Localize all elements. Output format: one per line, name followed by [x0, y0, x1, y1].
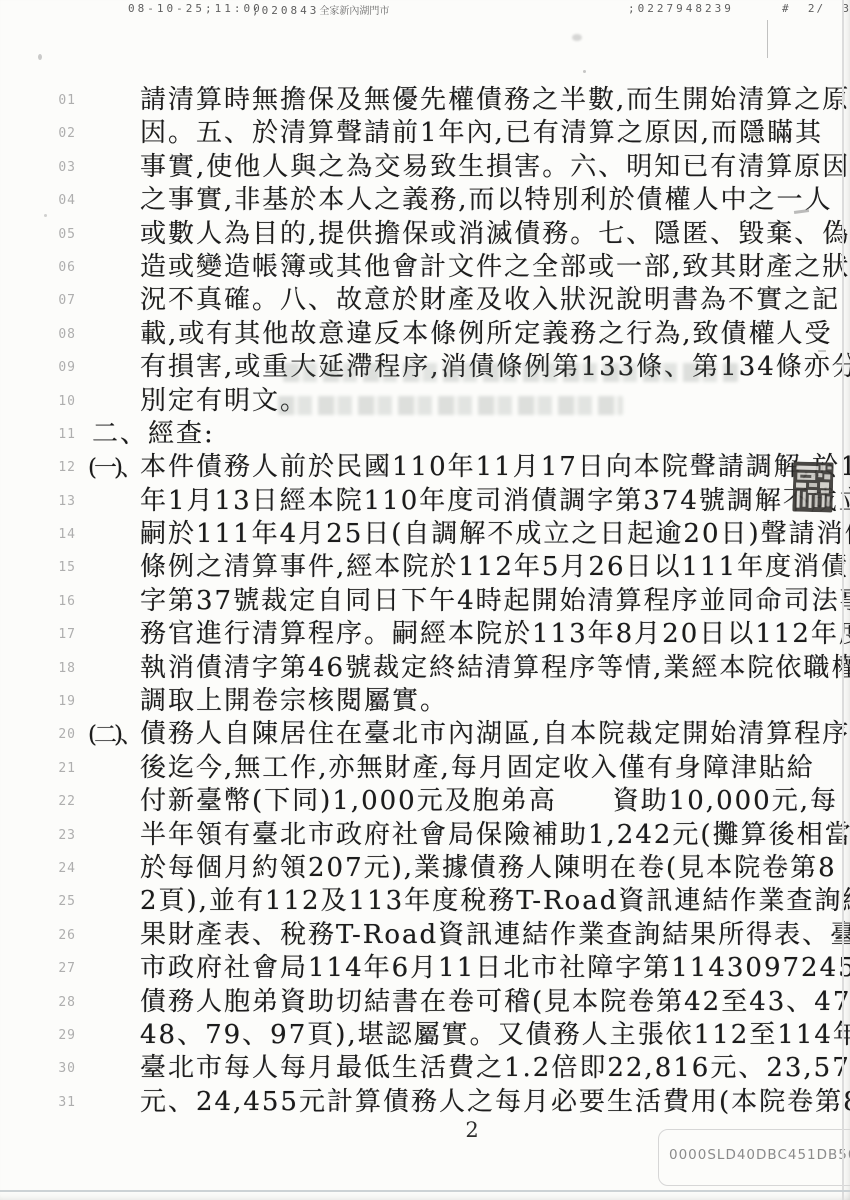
line-content: 字第37號裁定自同日下午4時起開始清算程序並同命司法事: [140, 586, 850, 616]
document-line: 16 字第37號裁定自同日下午4時起開始清算程序並同命司法事: [0, 585, 850, 618]
fax-sender-id: ;020843: [252, 4, 319, 17]
line-content: 況不真確。八、故意於財產及收入狀況說明書為不實之記: [140, 285, 840, 315]
document-line: 26 果財產表、稅務T-Road資訊連結作業查詢結果所得表、臺北: [0, 919, 850, 952]
document-line: 19 調取上開卷宗核閱屬實。: [0, 685, 850, 718]
scan-edge-line: [842, 0, 844, 1200]
document-line: 22 付新臺幣(下同)1,000元及胞弟高 資助10,000元,每: [0, 785, 850, 818]
line-text: 調取上開卷宗核閱屬實。: [140, 685, 850, 718]
line-text: 臺北市每人每月最低生活費之1.2倍即22,816元、23,579: [140, 1052, 850, 1085]
line-text: 於每個月約領207元),業據債務人陳明在卷(見本院卷第8: [140, 852, 850, 885]
line-text: 務官進行清算程序。嗣經本院於113年8月20日以112年度司: [140, 618, 850, 651]
line-content: 因。五、於清算聲請前1年內,已有清算之原因,而隱瞞其: [140, 118, 823, 148]
doc-code: 0000SLD40DBC451DB506: [669, 1147, 850, 1163]
document-line: 05 或數人為目的,提供擔保或消滅債務。七、隱匿、毀棄、偽: [0, 218, 850, 251]
line-text: 造或變造帳簿或其他會計文件之全部或一部,致其財產之狀: [140, 251, 850, 284]
line-content: 2頁),並有112及113年度稅務T-Road資訊連結作業查詢結: [140, 886, 850, 916]
line-text: 二、經查:: [92, 418, 850, 451]
line-content: 本件債務人前於民國110年11月17日向本院聲請調解,於111: [140, 452, 850, 482]
line-content: 嗣於111年4月25日(自調解不成立之日起逾20日)聲請消債: [140, 519, 850, 549]
line-text: 之事實,非基於本人之義務,而以特別利於債權人中之一人: [140, 184, 850, 217]
line-content: 事實,使他人與之為交易致生損害。六、明知已有清算原因: [140, 152, 850, 182]
line-content: 債務人胞弟資助切結書在卷可稽(見本院卷第42至43、47至: [140, 987, 850, 1017]
line-number: 20: [0, 718, 76, 751]
line-text: 付新臺幣(下同)1,000元及胞弟高 資助10,000元,每: [140, 785, 850, 818]
line-number: 25: [0, 885, 76, 918]
line-number: 06: [0, 251, 76, 284]
doc-code-box: 0000SLD40DBC451DB506: [658, 1129, 850, 1186]
line-content: 債務人自陳居住在臺北市內湖區,自本院裁定開始清算程序: [140, 719, 850, 749]
line-text: 後迄今,無工作,亦無財產,每月固定收入僅有身障津貼給: [140, 752, 850, 785]
line-number: 08: [0, 318, 76, 351]
line-number: 16: [0, 585, 76, 618]
line-content: 載,或有其他故意違反本條例所定義務之行為,致債權人受: [140, 319, 833, 349]
line-text: 果財產表、稅務T-Road資訊連結作業查詢結果所得表、臺北: [140, 919, 850, 952]
document-line: 27 市政府社會局114年6月11日北市社障字第1143097245號函、: [0, 952, 850, 985]
scan-artifact: [306, 196, 310, 199]
line-content: 請清算時無擔保及無優先權債務之半數,而生開始清算之原: [140, 85, 850, 115]
line-text: 事實,使他人與之為交易致生損害。六、明知已有清算原因: [140, 151, 850, 184]
line-text: 半年領有臺北市政府社會局保險補助1,242元(攤算後相當: [140, 819, 850, 852]
line-number: 23: [0, 819, 76, 852]
line-text: 況不真確。八、故意於財產及收入狀況說明書為不實之記: [140, 284, 850, 317]
line-content: 造或變造帳簿或其他會計文件之全部或一部,致其財產之狀: [140, 252, 850, 282]
line-content: 二、經查:: [92, 419, 215, 449]
document-line: 04 之事實,非基於本人之義務,而以特別利於債權人中之一人: [0, 184, 850, 217]
line-content: 48、79、97頁),堪認屬實。又債務人主張依112至114年度: [140, 1020, 850, 1050]
document-line: 02 因。五、於清算聲請前1年內,已有清算之原因,而隱瞞其: [0, 117, 850, 150]
line-text: 2頁),並有112及113年度稅務T-Road資訊連結作業查詢結: [140, 885, 850, 918]
line-content: 市政府社會局114年6月11日北市社障字第1143097245號函、: [140, 953, 850, 983]
document-line: 03 事實,使他人與之為交易致生損害。六、明知已有清算原因: [0, 151, 850, 184]
fax-sender-name: 全家新內湖門市: [319, 6, 389, 17]
fax-number: ;0227948239: [628, 2, 734, 15]
document-body: 01 請清算時無擔保及無優先權債務之半數,而生開始清算之原 02 因。五、於清算…: [0, 84, 850, 1119]
line-text: 嗣於111年4月25日(自調解不成立之日起逾20日)聲請消債: [140, 518, 850, 551]
scanned-document-page: 08-10-25;11:00 ;020843全家新內湖門市 ;022794823…: [0, 0, 850, 1200]
document-line: 30 臺北市每人每月最低生活費之1.2倍即22,816元、23,579: [0, 1052, 850, 1085]
line-text: (二)、債務人自陳居住在臺北市內湖區,自本院裁定開始清算程序: [88, 718, 850, 752]
bleed-through-artifact: [278, 396, 623, 415]
line-number: 28: [0, 986, 76, 1019]
scan-artifact: [572, 34, 582, 41]
document-line: 17 務官進行清算程序。嗣經本院於113年8月20日以112年度司: [0, 618, 850, 651]
line-text: 債務人胞弟資助切結書在卷可稽(見本院卷第42至43、47至: [140, 986, 850, 1019]
line-text: 字第37號裁定自同日下午4時起開始清算程序並同命司法事: [140, 585, 850, 618]
line-number: 09: [0, 351, 76, 384]
line-text: 年1月13日經本院110年度司消債調字第374號調解不成立,: [140, 485, 850, 518]
line-number: 27: [0, 952, 76, 985]
fax-header: 08-10-25;11:00 ;020843全家新內湖門市 ;022794823…: [0, 0, 850, 16]
line-number: 29: [0, 1019, 76, 1052]
scan-artifact: [767, 20, 768, 58]
document-line: 15 條例之清算事件,經本院於112年5月26日以111年度消債清: [0, 551, 850, 584]
fax-page-indicator: # 2/ 3: [782, 2, 850, 15]
bleed-through-artifact: [283, 363, 738, 382]
line-number: 05: [0, 218, 76, 251]
document-line: 20 (二)、債務人自陳居住在臺北市內湖區,自本院裁定開始清算程序: [0, 718, 850, 751]
line-number: 19: [0, 685, 76, 718]
page-number: 2: [450, 1118, 494, 1142]
line-text: 請清算時無擔保及無優先權債務之半數,而生開始清算之原: [140, 84, 850, 117]
document-line: 08 載,或有其他故意違反本條例所定義務之行為,致債權人受: [0, 318, 850, 351]
document-line: 18 執消債清字第46號裁定終結清算程序等情,業經本院依職權: [0, 652, 850, 685]
document-line: 06 造或變造帳簿或其他會計文件之全部或一部,致其財產之狀: [0, 251, 850, 284]
fax-datetime: 08-10-25;11:00: [128, 2, 263, 15]
document-line: 24 於每個月約領207元),業據債務人陳明在卷(見本院卷第8: [0, 852, 850, 885]
court-seal-stamp-icon: [792, 461, 833, 512]
line-number: 04: [0, 184, 76, 217]
line-number: 13: [0, 485, 76, 518]
document-line: 07 況不真確。八、故意於財產及收入狀況說明書為不實之記: [0, 284, 850, 317]
scan-edge-line: [0, 1190, 850, 1192]
line-number: 03: [0, 151, 76, 184]
line-text: 元、24,455元計算債務人之每月必要生活費用(本院卷第82: [140, 1086, 850, 1119]
line-content: 元、24,455元計算債務人之每月必要生活費用(本院卷第82: [140, 1087, 850, 1117]
line-content: 後迄今,無工作,亦無財產,每月固定收入僅有身障津貼給: [140, 753, 815, 783]
line-number: 11: [0, 418, 76, 451]
scan-artifact: [583, 70, 586, 73]
item-marker: (一)、: [88, 452, 140, 485]
line-text: 因。五、於清算聲請前1年內,已有清算之原因,而隱瞞其: [140, 117, 850, 150]
line-content: 於每個月約領207元),業據債務人陳明在卷(見本院卷第8: [140, 853, 837, 883]
line-content: 或數人為目的,提供擔保或消滅債務。七、隱匿、毀棄、偽: [140, 219, 850, 249]
line-text: 48、79、97頁),堪認屬實。又債務人主張依112至114年度: [140, 1019, 850, 1052]
line-text: 條例之清算事件,經本院於112年5月26日以111年度消債清: [140, 551, 850, 584]
line-number: 21: [0, 752, 76, 785]
line-content: 果財產表、稅務T-Road資訊連結作業查詢結果所得表、臺北: [140, 920, 850, 950]
line-number: 18: [0, 652, 76, 685]
line-number: 01: [0, 84, 76, 117]
document-line: 13 年1月13日經本院110年度司消債調字第374號調解不成立,: [0, 485, 850, 518]
line-number: 02: [0, 117, 76, 150]
line-number: 15: [0, 551, 76, 584]
line-content: 之事實,非基於本人之義務,而以特別利於債權人中之一人: [140, 185, 833, 215]
line-number: 12: [0, 451, 76, 484]
document-line: 01 請清算時無擔保及無優先權債務之半數,而生開始清算之原: [0, 84, 850, 117]
document-line: 29 48、79、97頁),堪認屬實。又債務人主張依112至114年度: [0, 1019, 850, 1052]
document-line: 12 (一)、本件債務人前於民國110年11月17日向本院聲請調解,於111: [0, 451, 850, 484]
scan-artifact: [38, 54, 42, 60]
line-number: 31: [0, 1086, 76, 1119]
document-line: 28 債務人胞弟資助切結書在卷可稽(見本院卷第42至43、47至: [0, 986, 850, 1019]
line-number: 10: [0, 385, 76, 418]
scan-artifact: [818, 350, 826, 352]
line-content: 年1月13日經本院110年度司消債調字第374號調解不成立,: [140, 486, 850, 516]
fax-sender: ;020843全家新內湖門市: [252, 2, 389, 17]
scan-artifact: [816, 306, 826, 308]
line-text: 市政府社會局114年6月11日北市社障字第1143097245號函、: [140, 952, 850, 985]
document-line: 14 嗣於111年4月25日(自調解不成立之日起逾20日)聲請消債: [0, 518, 850, 551]
line-content: 調取上開卷宗核閱屬實。: [140, 686, 448, 716]
line-text: 或數人為目的,提供擔保或消滅債務。七、隱匿、毀棄、偽: [140, 218, 850, 251]
scan-artifact: [813, 334, 816, 336]
line-number: 17: [0, 618, 76, 651]
line-content: 執消債清字第46號裁定終結清算程序等情,業經本院依職權: [140, 653, 850, 683]
document-line: 11 二、經查:: [0, 418, 850, 451]
line-text: 載,或有其他故意違反本條例所定義務之行為,致債權人受: [140, 318, 850, 351]
document-line: 31 元、24,455元計算債務人之每月必要生活費用(本院卷第82: [0, 1086, 850, 1119]
line-number: 24: [0, 852, 76, 885]
line-text: 執消債清字第46號裁定終結清算程序等情,業經本院依職權: [140, 652, 850, 685]
scan-artifact: [44, 214, 47, 217]
line-number: 14: [0, 518, 76, 551]
line-number: 07: [0, 284, 76, 317]
line-content: 付新臺幣(下同)1,000元及胞弟高 資助10,000元,每: [140, 786, 838, 816]
line-number: 26: [0, 919, 76, 952]
line-content: 條例之清算事件,經本院於112年5月26日以111年度消債清: [140, 552, 850, 582]
line-content: 半年領有臺北市政府社會局保險補助1,242元(攤算後相當: [140, 820, 850, 850]
line-content: 臺北市每人每月最低生活費之1.2倍即22,816元、23,579: [140, 1053, 850, 1083]
item-marker: (二)、: [88, 719, 140, 752]
line-content: 務官進行清算程序。嗣經本院於113年8月20日以112年度司: [140, 619, 850, 649]
document-line: 21 後迄今,無工作,亦無財產,每月固定收入僅有身障津貼給: [0, 752, 850, 785]
line-number: 22: [0, 785, 76, 818]
line-number: 30: [0, 1052, 76, 1085]
document-line: 25 2頁),並有112及113年度稅務T-Road資訊連結作業查詢結: [0, 885, 850, 918]
line-text: (一)、本件債務人前於民國110年11月17日向本院聲請調解,於111: [88, 451, 850, 485]
document-line: 23 半年領有臺北市政府社會局保險補助1,242元(攤算後相當: [0, 819, 850, 852]
